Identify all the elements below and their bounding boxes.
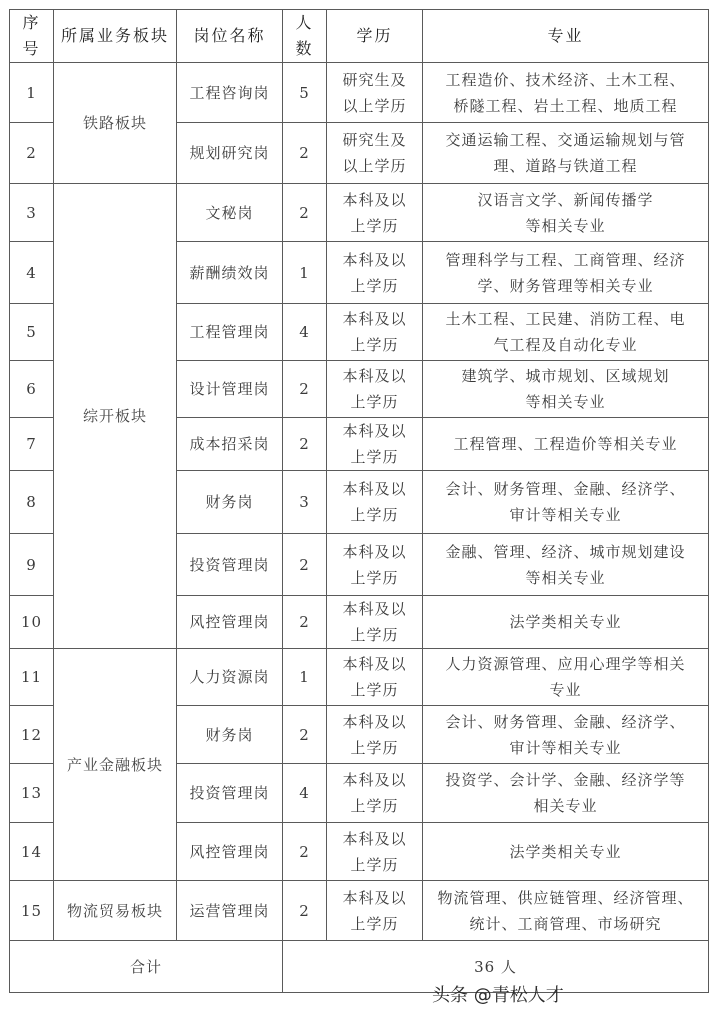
- headcount: 2: [283, 706, 327, 764]
- headcount: 3: [283, 471, 327, 534]
- row-seq: 10: [10, 596, 54, 649]
- row-seq: 5: [10, 304, 54, 361]
- business-block: 物流贸易板块: [54, 881, 177, 941]
- position-name: 成本招采岗: [177, 418, 283, 471]
- row-seq: 12: [10, 706, 54, 764]
- table-row: 1铁路板块工程咨询岗5研究生及以上学历工程造价、技术经济、土木工程、桥隧工程、岩…: [10, 63, 709, 123]
- education-requirement: 本科及以上学历: [327, 184, 423, 242]
- watermark: 头条 @青松人才: [432, 981, 564, 1007]
- position-name: 投资管理岗: [177, 534, 283, 596]
- position-name: 工程咨询岗: [177, 63, 283, 123]
- position-name: 薪酬绩效岗: [177, 242, 283, 304]
- position-name: 风控管理岗: [177, 596, 283, 649]
- major-requirement: 物流管理、供应链管理、经济管理、统计、工商管理、市场研究: [423, 881, 709, 941]
- major-requirement: 会计、财务管理、金融、经济学、审计等相关专业: [423, 706, 709, 764]
- headcount: 2: [283, 184, 327, 242]
- major-requirement: 土木工程、工民建、消防工程、电气工程及自动化专业: [423, 304, 709, 361]
- row-seq: 14: [10, 823, 54, 881]
- education-requirement: 本科及以上学历: [327, 304, 423, 361]
- header-education: 学历: [327, 10, 423, 63]
- headcount: 2: [283, 534, 327, 596]
- table-row: 11产业金融板块人力资源岗1本科及以上学历人力资源管理、应用心理学等相关专业: [10, 649, 709, 706]
- row-seq: 9: [10, 534, 54, 596]
- education-requirement: 本科及以上学历: [327, 361, 423, 418]
- headcount: 4: [283, 304, 327, 361]
- education-requirement: 本科及以上学历: [327, 706, 423, 764]
- header-seq: 序号: [10, 10, 54, 63]
- education-requirement: 本科及以上学历: [327, 534, 423, 596]
- major-requirement: 投资学、会计学、金融、经济学等相关专业: [423, 764, 709, 823]
- headcount: 2: [283, 596, 327, 649]
- major-requirement: 交通运输工程、交通运输规划与管理、道路与铁道工程: [423, 123, 709, 184]
- row-seq: 8: [10, 471, 54, 534]
- position-name: 投资管理岗: [177, 764, 283, 823]
- position-name: 风控管理岗: [177, 823, 283, 881]
- position-name: 财务岗: [177, 706, 283, 764]
- education-requirement: 本科及以上学历: [327, 823, 423, 881]
- row-seq: 6: [10, 361, 54, 418]
- education-requirement: 本科及以上学历: [327, 764, 423, 823]
- major-requirement: 工程造价、技术经济、土木工程、桥隧工程、岩土工程、地质工程: [423, 63, 709, 123]
- major-requirement: 金融、管理、经济、城市规划建设等相关专业: [423, 534, 709, 596]
- headcount: 2: [283, 361, 327, 418]
- headcount: 2: [283, 123, 327, 184]
- major-requirement: 工程管理、工程造价等相关专业: [423, 418, 709, 471]
- position-name: 设计管理岗: [177, 361, 283, 418]
- major-requirement: 人力资源管理、应用心理学等相关专业: [423, 649, 709, 706]
- headcount: 5: [283, 63, 327, 123]
- row-seq: 3: [10, 184, 54, 242]
- position-name: 工程管理岗: [177, 304, 283, 361]
- total-label: 合计: [10, 941, 283, 993]
- header-block: 所属业务板块: [54, 10, 177, 63]
- education-requirement: 本科及以上学历: [327, 242, 423, 304]
- major-requirement: 汉语言文学、新闻传播学等相关专业: [423, 184, 709, 242]
- position-name: 财务岗: [177, 471, 283, 534]
- total-row: 合计 36 人: [10, 941, 709, 993]
- row-seq: 15: [10, 881, 54, 941]
- header-count: 人数: [283, 10, 327, 63]
- headcount: 2: [283, 881, 327, 941]
- education-requirement: 本科及以上学历: [327, 596, 423, 649]
- header-major: 专业: [423, 10, 709, 63]
- major-requirement: 会计、财务管理、金融、经济学、审计等相关专业: [423, 471, 709, 534]
- header-row: 序号 所属业务板块 岗位名称 人数 学历 专业: [10, 10, 709, 63]
- row-seq: 1: [10, 63, 54, 123]
- headcount: 4: [283, 764, 327, 823]
- business-block: 综开板块: [54, 184, 177, 649]
- education-requirement: 本科及以上学历: [327, 418, 423, 471]
- position-name: 人力资源岗: [177, 649, 283, 706]
- row-seq: 4: [10, 242, 54, 304]
- business-block: 产业金融板块: [54, 649, 177, 881]
- major-requirement: 建筑学、城市规划、区域规划等相关专业: [423, 361, 709, 418]
- major-requirement: 法学类相关专业: [423, 823, 709, 881]
- table-row: 3综开板块文秘岗2本科及以上学历汉语言文学、新闻传播学等相关专业: [10, 184, 709, 242]
- table-row: 15物流贸易板块运营管理岗2本科及以上学历物流管理、供应链管理、经济管理、统计、…: [10, 881, 709, 941]
- headcount: 2: [283, 418, 327, 471]
- business-block: 铁路板块: [54, 63, 177, 184]
- education-requirement: 研究生及以上学历: [327, 123, 423, 184]
- education-requirement: 本科及以上学历: [327, 471, 423, 534]
- recruitment-table: 序号 所属业务板块 岗位名称 人数 学历 专业 1铁路板块工程咨询岗5研究生及以…: [9, 9, 709, 993]
- education-requirement: 研究生及以上学历: [327, 63, 423, 123]
- row-seq: 2: [10, 123, 54, 184]
- education-requirement: 本科及以上学历: [327, 881, 423, 941]
- position-name: 规划研究岗: [177, 123, 283, 184]
- row-seq: 7: [10, 418, 54, 471]
- position-name: 运营管理岗: [177, 881, 283, 941]
- row-seq: 13: [10, 764, 54, 823]
- headcount: 1: [283, 649, 327, 706]
- header-position: 岗位名称: [177, 10, 283, 63]
- position-name: 文秘岗: [177, 184, 283, 242]
- headcount: 1: [283, 242, 327, 304]
- major-requirement: 法学类相关专业: [423, 596, 709, 649]
- education-requirement: 本科及以上学历: [327, 649, 423, 706]
- headcount: 2: [283, 823, 327, 881]
- row-seq: 11: [10, 649, 54, 706]
- major-requirement: 管理科学与工程、工商管理、经济学、财务管理等相关专业: [423, 242, 709, 304]
